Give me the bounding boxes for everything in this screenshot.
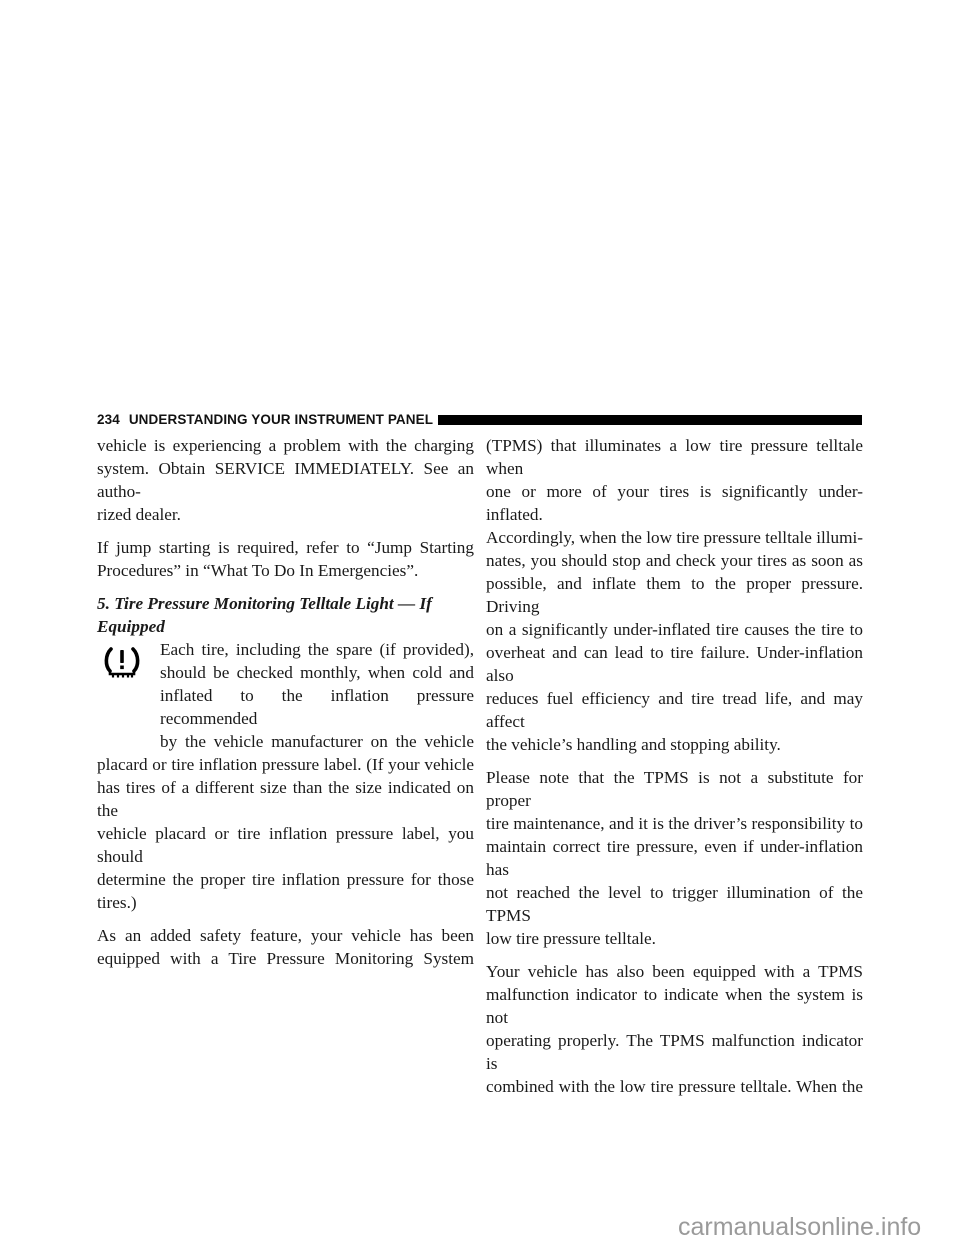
text-line: reduces fuel efficiency and tire tread l…: [486, 687, 863, 733]
paragraph-charging: vehicle is experiencing a problem with t…: [97, 434, 474, 526]
text-line: by the vehicle manufacturer on the vehic…: [160, 730, 474, 753]
paragraph-tpms-description: (TPMS) that illuminates a low tire press…: [486, 434, 863, 756]
section-title: UNDERSTANDING YOUR INSTRUMENT PANEL: [129, 412, 433, 427]
page-header: 234 UNDERSTANDING YOUR INSTRUMENT PANEL: [97, 411, 862, 427]
paragraph-tpms-malfunction: Your vehicle has also been equipped with…: [486, 960, 863, 1098]
heading-line: Equipped: [97, 615, 474, 638]
text-line: on a significantly under-inflated tire c…: [486, 618, 863, 641]
header-rule: [438, 415, 862, 425]
paragraph-tpms-not-substitute: Please note that the TPMS is not a subst…: [486, 766, 863, 950]
text-line: malfunction indicator to indicate when t…: [486, 983, 863, 1029]
text-line: If jump starting is required, refer to “…: [97, 536, 474, 559]
text-line: possible, and inflate them to the proper…: [486, 572, 863, 618]
heading-line: 5. Tire Pressure Monitoring Telltale Lig…: [97, 592, 474, 615]
tpms-icon-paragraph: Each tire, including the spare (if provi…: [97, 638, 474, 753]
text-line: equipped with a Tire Pressure Monitoring…: [97, 947, 474, 970]
text-line: low tire pressure telltale.: [486, 927, 863, 950]
text-line: Each tire, including the spare (if provi…: [160, 638, 474, 661]
left-column: vehicle is experiencing a problem with t…: [97, 434, 474, 980]
text-line: the vehicle’s handling and stopping abil…: [486, 733, 863, 756]
text-line: determine the proper tire inflation pres…: [97, 868, 474, 891]
text-line: combined with the low tire pressure tell…: [486, 1075, 863, 1098]
tire-pressure-warning-icon: [102, 646, 142, 680]
text-line: not reached the level to trigger illumin…: [486, 881, 863, 927]
text-line: Procedures” in “What To Do In Emergencie…: [97, 559, 474, 582]
text-line: maintain correct tire pressure, even if …: [486, 835, 863, 881]
text-line: system. Obtain SERVICE IMMEDIATELY. See …: [97, 457, 474, 503]
text-line: tires.): [97, 891, 474, 914]
section-heading-tpms: 5. Tire Pressure Monitoring Telltale Lig…: [97, 592, 474, 638]
text-line: As an added safety feature, your vehicle…: [97, 924, 474, 947]
text-line: one or more of your tires is significant…: [486, 480, 863, 526]
text-line: Your vehicle has also been equipped with…: [486, 960, 863, 983]
text-line: operating properly. The TPMS malfunction…: [486, 1029, 863, 1075]
paragraph-safety-feature: As an added safety feature, your vehicle…: [97, 924, 474, 970]
text-line: vehicle placard or tire inflation pressu…: [97, 822, 474, 868]
text-line: Accordingly, when the low tire pressure …: [486, 526, 863, 549]
text-line: (TPMS) that illuminates a low tire press…: [486, 434, 863, 480]
text-line: vehicle is experiencing a problem with t…: [97, 434, 474, 457]
text-line: tire maintenance, and it is the driver’s…: [486, 812, 863, 835]
text-line: should be checked monthly, when cold and: [160, 661, 474, 684]
paragraph-tire-check-indented: Each tire, including the spare (if provi…: [160, 638, 474, 753]
text-line: inflated to the inflation pressure recom…: [160, 684, 474, 730]
text-line: Please note that the TPMS is not a subst…: [486, 766, 863, 812]
page-number: 234: [97, 412, 120, 427]
text-line: overheat and can lead to tire failure. U…: [486, 641, 863, 687]
text-line: has tires of a different size than the s…: [97, 776, 474, 822]
watermark: carmanualsonline.info: [678, 1213, 921, 1242]
paragraph-jump-start: If jump starting is required, refer to “…: [97, 536, 474, 582]
paragraph-tire-check: placard or tire inflation pressure label…: [97, 753, 474, 914]
text-line: placard or tire inflation pressure label…: [97, 753, 474, 776]
text-line: nates, you should stop and check your ti…: [486, 549, 863, 572]
right-column: (TPMS) that illuminates a low tire press…: [486, 434, 863, 1108]
text-line: rized dealer.: [97, 503, 474, 526]
